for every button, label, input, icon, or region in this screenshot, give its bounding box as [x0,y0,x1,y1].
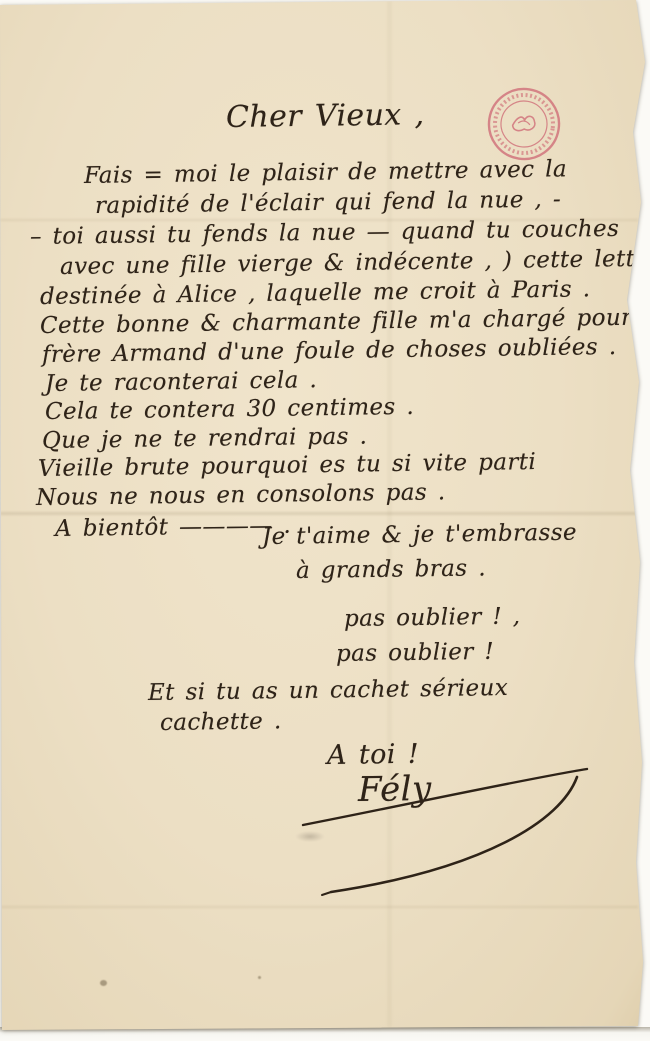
letter-line: Je t'aime & je t'embrasse [262,520,577,550]
letter-line: Cette bonne & charmante fille m'a chargé… [40,305,633,339]
signature-flourish [225,755,620,910]
letter-line: Et si tu as un cachet sérieux [148,675,508,706]
letter-line: A bientôt ———— . [55,513,291,542]
letter-line: Je te raconterai cela . [45,367,318,397]
paper-speck [100,980,107,986]
paper-speck [258,976,261,979]
letter-sheet: Cher Vieux , Fais = moi le plaisir de me… [0,0,650,1041]
letter-line: pas oublier ! [336,639,494,667]
letter-salutation: Cher Vieux , [226,97,425,135]
letter-line: Fais = moi le plaisir de mettre avec la [84,156,567,189]
letter-line: rapidité de l'éclair qui fend la nue , - [95,186,561,219]
letter-line: Nous ne nous en consolons pas . [36,479,446,511]
letter-line: pas oublier ! , [344,604,521,632]
letter-line: – toi aussi tu fends la nue — quand tu c… [30,216,620,250]
pencil-mark [295,831,325,842]
letter-line: cachette . [160,708,282,736]
letter-line: Cela te contera 30 centimes . [45,394,414,425]
letter-line: à grands bras . [296,555,486,584]
letter-line: Que je ne te rendrai pas . [42,423,368,454]
letter-line: avec une fille vierge & indécente , ) ce… [60,246,650,280]
collection-stamp-icon [479,79,568,168]
paper-background: Cher Vieux , Fais = moi le plaisir de me… [0,0,650,1041]
letter-line: destinée à Alice , laquelle me croit à P… [40,276,591,310]
letter-line: frère Armand d'une foule de choses oubli… [42,334,617,368]
letter-line: Vieille brute pourquoi es tu si vite par… [38,449,537,482]
